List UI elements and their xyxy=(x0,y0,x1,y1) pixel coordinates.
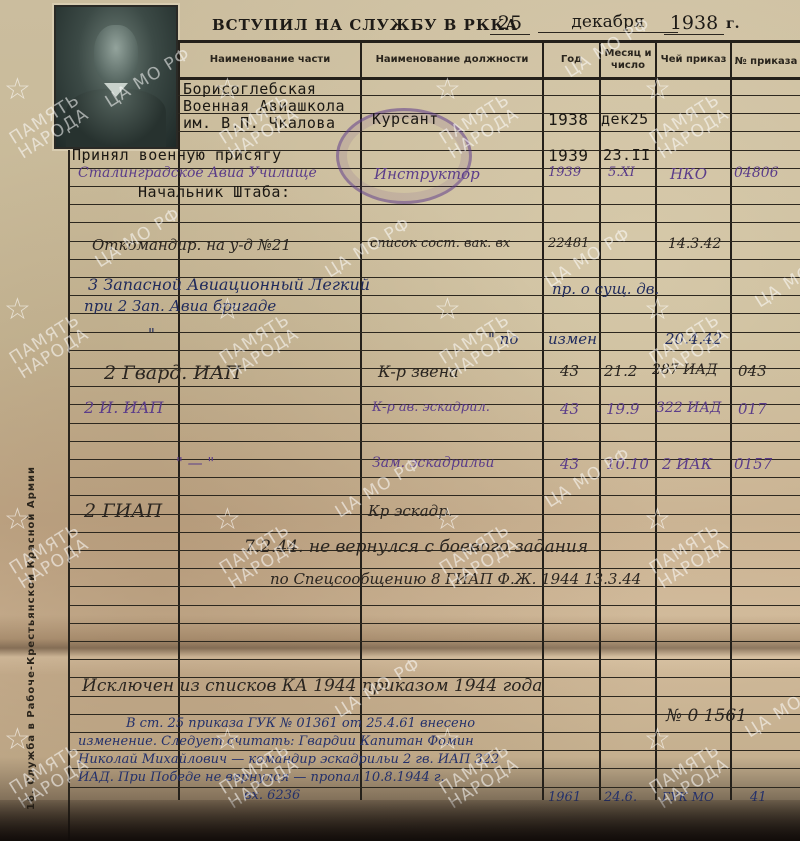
hw-row5-year: 43 xyxy=(560,362,579,380)
hw-row7-position: Зам. эскадрильи xyxy=(372,455,494,471)
typed-position: Курсант xyxy=(372,110,439,128)
ruled-line xyxy=(70,732,800,733)
typed-chief-of-staff: Начальник Штаба: xyxy=(138,183,291,201)
scan-edge-shadow xyxy=(0,800,800,841)
hw-row5-position: К-р звена xyxy=(378,362,459,381)
ruled-line xyxy=(70,204,800,205)
ruled-line xyxy=(70,295,800,296)
header-top-rule xyxy=(178,40,800,43)
typed-oath: Принял военную присягу xyxy=(72,146,282,164)
hw-row8-unit: 2 ГИАП xyxy=(84,500,162,522)
col-unit-header: Наименование части xyxy=(180,54,360,66)
hw-row3-unit-line2: при 2 Зап. Авиа бригаде xyxy=(84,297,276,315)
hw-row6-unit: 2 И. ИАП xyxy=(84,398,163,417)
service-record-card: ВСТУПИЛ НА СЛУЖБУ В РККА 25 декабря 1938… xyxy=(0,0,800,841)
ruled-line xyxy=(70,623,800,624)
ruled-line xyxy=(70,495,800,496)
hw-row6-position: К-р ав. эскадрил. xyxy=(372,400,490,415)
hw-row6-orderby: 322 ИАД xyxy=(656,400,721,416)
ruled-line xyxy=(70,386,800,387)
hw-row2-year: 22481 xyxy=(548,236,589,251)
hw-row1-orderno: 04806 xyxy=(734,165,779,181)
column-divider xyxy=(599,40,601,800)
ruled-line xyxy=(70,441,800,442)
hw-row4-year: измен xyxy=(548,330,597,348)
hw-row6-year: 43 xyxy=(560,400,579,418)
entry-day: 25 xyxy=(490,12,530,35)
correction-line-4: ИАД. При Победе не вернулся — пропал 10.… xyxy=(78,770,445,785)
star-watermark-icon: ☆ xyxy=(434,292,461,327)
hw-note-excluded: Исключен из списков КА 1944 приказом 194… xyxy=(82,676,542,696)
typed-year-1: 1938 xyxy=(548,110,589,129)
photo-face xyxy=(94,25,138,83)
ruled-line xyxy=(70,750,800,751)
ruled-line xyxy=(70,222,800,223)
hw-row8-position: Кр эскадр. xyxy=(368,502,453,520)
hw-row5-date: 21.2 xyxy=(604,362,637,380)
star-watermark-icon: ☆ xyxy=(4,292,31,327)
star-watermark-icon: ☆ xyxy=(4,72,31,107)
hw-row7-date: 10.10 xyxy=(606,455,649,473)
hw-row5-orderby: 287 ИАД xyxy=(652,362,717,378)
hw-row6-orderno: 017 xyxy=(738,400,767,418)
hw-row2-position: список сост. вак. вх xyxy=(370,236,510,251)
ruled-line xyxy=(70,696,800,697)
col-orderno-header: № приказа xyxy=(732,56,800,68)
entry-title: ВСТУПИЛ НА СЛУЖБУ В РККА xyxy=(212,16,518,34)
col-monthday-header: Месяц и число xyxy=(601,48,655,72)
hw-row1-position: Инструктор xyxy=(374,165,480,183)
section-side-label: 16. Служба в Рабоче-Крестьянской Красной… xyxy=(26,466,37,810)
ruled-line xyxy=(70,659,800,660)
typed-date-1: дек25 xyxy=(601,110,649,128)
project-watermark: ПАМЯТЬНАРОДА xyxy=(7,312,92,383)
hw-row2-unit: Откомандир. на у-д №21 xyxy=(92,236,291,254)
hw-note-special-report: по Спецсообщению 8 ГИАП Ф.Ж. 1944 13.3.4… xyxy=(270,570,641,588)
column-divider xyxy=(655,40,657,800)
col-orderby-header: Чей приказ xyxy=(657,54,730,66)
ruled-line xyxy=(70,641,800,642)
soldier-photo xyxy=(54,5,178,149)
hw-row4-orderby: 20.4.42 xyxy=(665,330,722,348)
correction-line-2: изменение. Следует считать: Гвардии Капи… xyxy=(78,734,474,749)
hw-row4-unit: " xyxy=(148,325,155,343)
typed-oath-year: 1939 xyxy=(548,146,589,165)
hw-row5-orderno: 043 xyxy=(738,362,767,380)
hw-row1-orderby: НКО xyxy=(670,165,707,183)
ruled-line xyxy=(70,787,800,788)
hw-row1-year: 1939 xyxy=(548,165,581,180)
project-watermark: ПАМЯТЬНАРОДА xyxy=(647,92,732,163)
archive-watermark: ЦА МО РФ xyxy=(753,246,800,312)
hw-row3-unit: 3 Запасной Авиационный Легкий xyxy=(88,275,370,294)
hw-row1-unit: Сталинградское Авиа Училище xyxy=(78,165,317,181)
entry-year-suffix: г. xyxy=(726,16,739,32)
correction-line-3: Николай Михайлович — командир эскадрильи… xyxy=(78,752,499,767)
ruled-line xyxy=(70,568,800,569)
hw-note-order-number: № 0 1561 xyxy=(666,706,747,726)
hw-row6-date: 19.9 xyxy=(606,400,639,418)
ruled-line xyxy=(70,532,800,533)
photo-uniform xyxy=(66,89,166,147)
hw-row3-note: пр. о сущ. дв. xyxy=(552,280,659,298)
ruled-line xyxy=(70,350,800,351)
ruled-line xyxy=(70,768,800,769)
typed-unit-line-3: им. В.П. Чкалова xyxy=(183,114,336,132)
hw-row7-orderno: 0157 xyxy=(734,455,772,473)
hw-row5-unit: 2 Гвард. ИАП xyxy=(104,362,241,384)
fold-crease xyxy=(0,615,800,675)
hw-row7-year: 43 xyxy=(560,455,579,473)
hw-note-missing: 7.2.44. не вернулся с боевого задания xyxy=(244,537,588,557)
ruled-line xyxy=(70,259,800,260)
ruled-line xyxy=(70,477,800,478)
star-watermark-icon: ☆ xyxy=(644,722,671,757)
hw-row4-position: " по xyxy=(488,330,518,348)
typed-unit-line-2: Военная Авиашкола xyxy=(183,97,345,115)
correction-line-1: В ст. 25 приказа ГУК № 01361 от 25.4.61 … xyxy=(126,716,475,731)
typed-oath-date: 23.II xyxy=(603,146,651,164)
hw-row1-date: 5.XI xyxy=(608,165,635,180)
hw-row2-date: 14.3.42 xyxy=(668,236,721,252)
col-position-header: Наименование должности xyxy=(362,54,542,66)
col-year-header: Год xyxy=(544,54,599,66)
ruled-line xyxy=(70,423,800,424)
entry-year: 1938 xyxy=(664,12,724,35)
hw-row7-orderby: 2 ИАК xyxy=(662,455,712,473)
hw-row7-unit: " — " xyxy=(176,454,214,472)
column-divider xyxy=(730,40,732,800)
typed-unit-line-1: Борисоглебская xyxy=(183,80,316,98)
ruled-line xyxy=(70,605,800,606)
entry-month: декабря xyxy=(538,12,678,33)
